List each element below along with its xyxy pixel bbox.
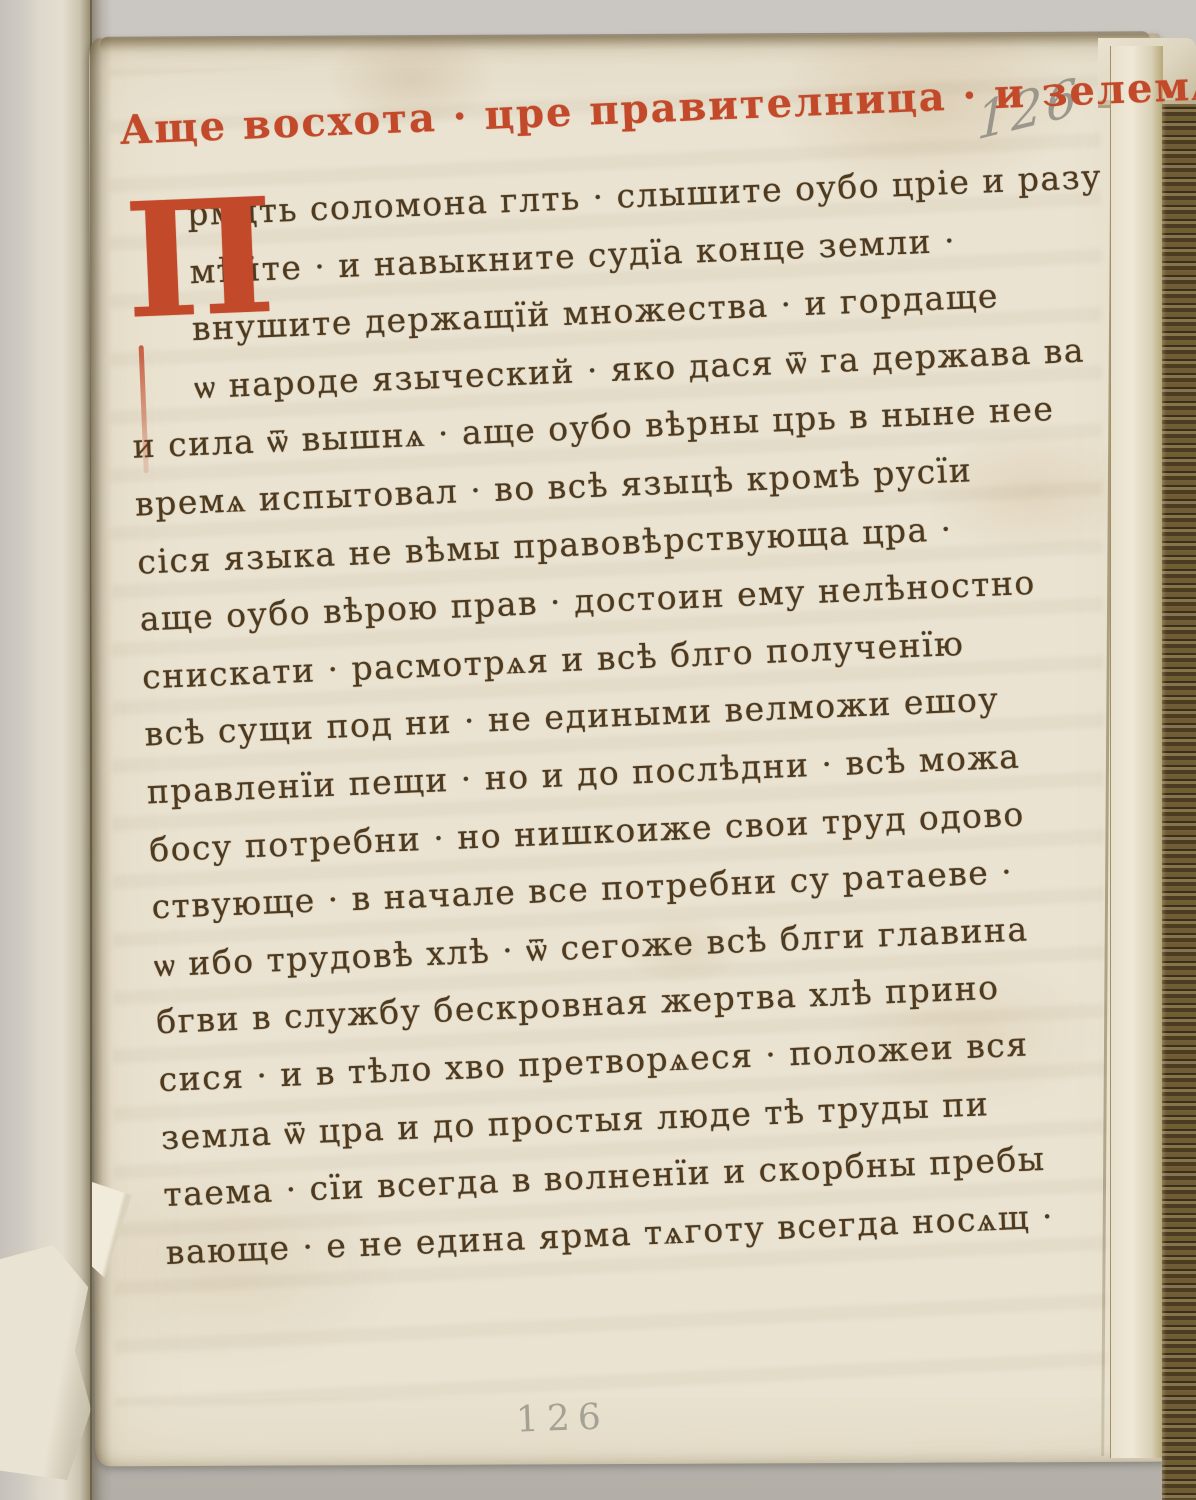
drop-initial: П	[122, 185, 193, 361]
manuscript-photo: 126 Аще восхота · цре правителница · и з…	[0, 0, 1196, 1500]
body-text: П рмдть соломона глть · слышите оубо црі…	[122, 151, 1076, 1282]
book-fore-edge	[1162, 104, 1196, 1500]
folio-number-pencil-bottom: 126	[515, 1396, 609, 1440]
gutter-shadow	[90, 0, 112, 1500]
text-block: Аще восхота · цре правителница · и зелем…	[118, 51, 1076, 1282]
page-stack-edges	[1110, 46, 1163, 1458]
